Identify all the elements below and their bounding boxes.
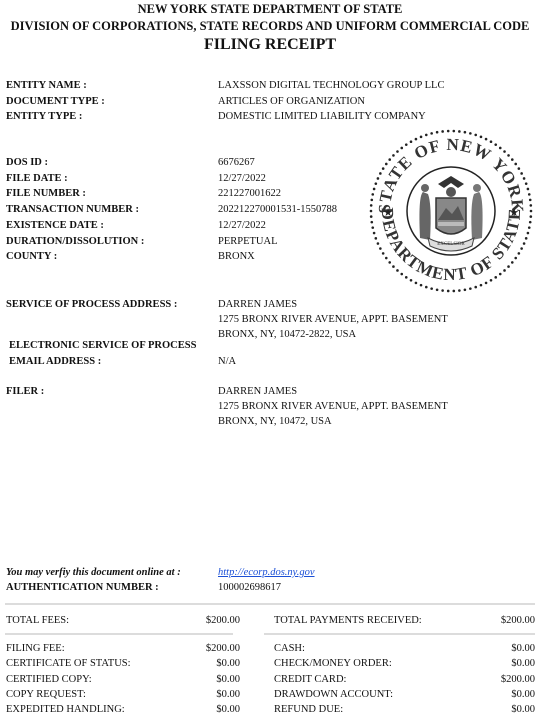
division-heading: DIVISION OF CORPORATIONS, STATE RECORDS … [0, 19, 540, 34]
payments-amount: $0.00 [511, 702, 535, 717]
fees-amount: $0.00 [216, 656, 240, 671]
detail-label: COUNTY : [6, 249, 57, 264]
address-line-text: DARREN JAMES [218, 297, 297, 312]
authentication-label: AUTHENTICATION NUMBER : [6, 580, 159, 595]
detail-label: FILE DATE : [6, 171, 68, 186]
detail-value: 12/27/2022 [218, 218, 266, 233]
authentication-number: 100002698617 [218, 580, 281, 595]
address-line-text: BRONX, NY, 10472-2822, USA [218, 327, 356, 342]
total-fees-label: TOTAL FEES: [6, 613, 69, 628]
document-type-label: DOCUMENT TYPE : [6, 94, 105, 109]
svg-text:EXCELSIOR: EXCELSIOR [437, 242, 465, 247]
department-heading: NEW YORK STATE DEPARTMENT OF STATE [0, 2, 540, 17]
detail-label: EXISTENCE DATE : [6, 218, 104, 233]
payments-label: CASH: [274, 641, 305, 656]
address-line-text: DARREN JAMES [218, 384, 297, 399]
document-type-value: ARTICLES OF ORGANIZATION [218, 94, 365, 109]
payments-amount: $0.00 [511, 687, 535, 702]
address-line-text: 1275 BRONX RIVER AVENUE, APPT. BASEMENT [218, 312, 448, 327]
email-address-value: N/A [218, 354, 236, 369]
email-address-label: EMAIL ADDRESS : [9, 354, 101, 369]
fees-amount: $0.00 [216, 702, 240, 717]
fees-label: COPY REQUEST: [6, 687, 86, 702]
payments-amount: $0.00 [511, 656, 535, 671]
payments-label: DRAWDOWN ACCOUNT: [274, 687, 393, 702]
detail-value: 202212270001531-1550788 [218, 202, 337, 217]
address-line-text: 1275 BRONX RIVER AVENUE, APPT. BASEMENT [218, 399, 448, 414]
verify-label: You may verfiy this document online at : [6, 565, 181, 580]
fees-label: CERTIFIED COPY: [6, 672, 92, 687]
verify-link[interactable]: http://ecorp.dos.ny.gov [218, 565, 315, 580]
divider [5, 603, 535, 605]
fees-label: EXPEDITED HANDLING: [6, 702, 125, 717]
entity-name-label: ENTITY NAME : [6, 78, 87, 93]
fees-divider [5, 633, 233, 635]
fees-amount: $0.00 [216, 687, 240, 702]
entity-type-value: DOMESTIC LIMITED LIABILITY COMPANY [218, 109, 426, 124]
detail-value: 12/27/2022 [218, 171, 266, 186]
total-fees-value: $200.00 [206, 613, 240, 628]
payments-label: CREDIT CARD: [274, 672, 346, 687]
electronic-service-label: ELECTRONIC SERVICE OF PROCESS [9, 338, 196, 353]
service-address-label: SERVICE OF PROCESS ADDRESS : [6, 297, 177, 312]
payments-amount: $0.00 [511, 641, 535, 656]
detail-label: FILE NUMBER : [6, 186, 86, 201]
detail-value: BRONX [218, 249, 255, 264]
total-payments-value: $200.00 [501, 613, 535, 628]
address-line-text: BRONX, NY, 10472, USA [218, 414, 332, 429]
state-seal-icon: STATE OF NEW YORK DEPARTMENT OF STATE ★ … [368, 128, 534, 294]
total-payments-label: TOTAL PAYMENTS RECEIVED: [274, 613, 422, 628]
filer-label: FILER : [6, 384, 44, 399]
fees-amount: $0.00 [216, 672, 240, 687]
detail-value: 6676267 [218, 155, 255, 170]
fees-amount: $200.00 [206, 641, 240, 656]
payments-divider [264, 633, 535, 635]
detail-label: DURATION/DISSOLUTION : [6, 234, 144, 249]
svg-text:★: ★ [383, 207, 393, 219]
detail-value: PERPETUAL [218, 234, 278, 249]
fees-label: FILING FEE: [6, 641, 65, 656]
payments-label: CHECK/MONEY ORDER: [274, 656, 392, 671]
payments-amount: $200.00 [501, 672, 535, 687]
svg-text:★: ★ [509, 207, 519, 219]
entity-name-value: LAXSSON DIGITAL TECHNOLOGY GROUP LLC [218, 78, 444, 93]
detail-label: TRANSACTION NUMBER : [6, 202, 139, 217]
page-title: FILING RECEIPT [0, 36, 540, 54]
fees-label: CERTIFICATE OF STATUS: [6, 656, 131, 671]
detail-label: DOS ID : [6, 155, 48, 170]
detail-value: 221227001622 [218, 186, 281, 201]
payments-label: REFUND DUE: [274, 702, 343, 717]
entity-type-label: ENTITY TYPE : [6, 109, 82, 124]
